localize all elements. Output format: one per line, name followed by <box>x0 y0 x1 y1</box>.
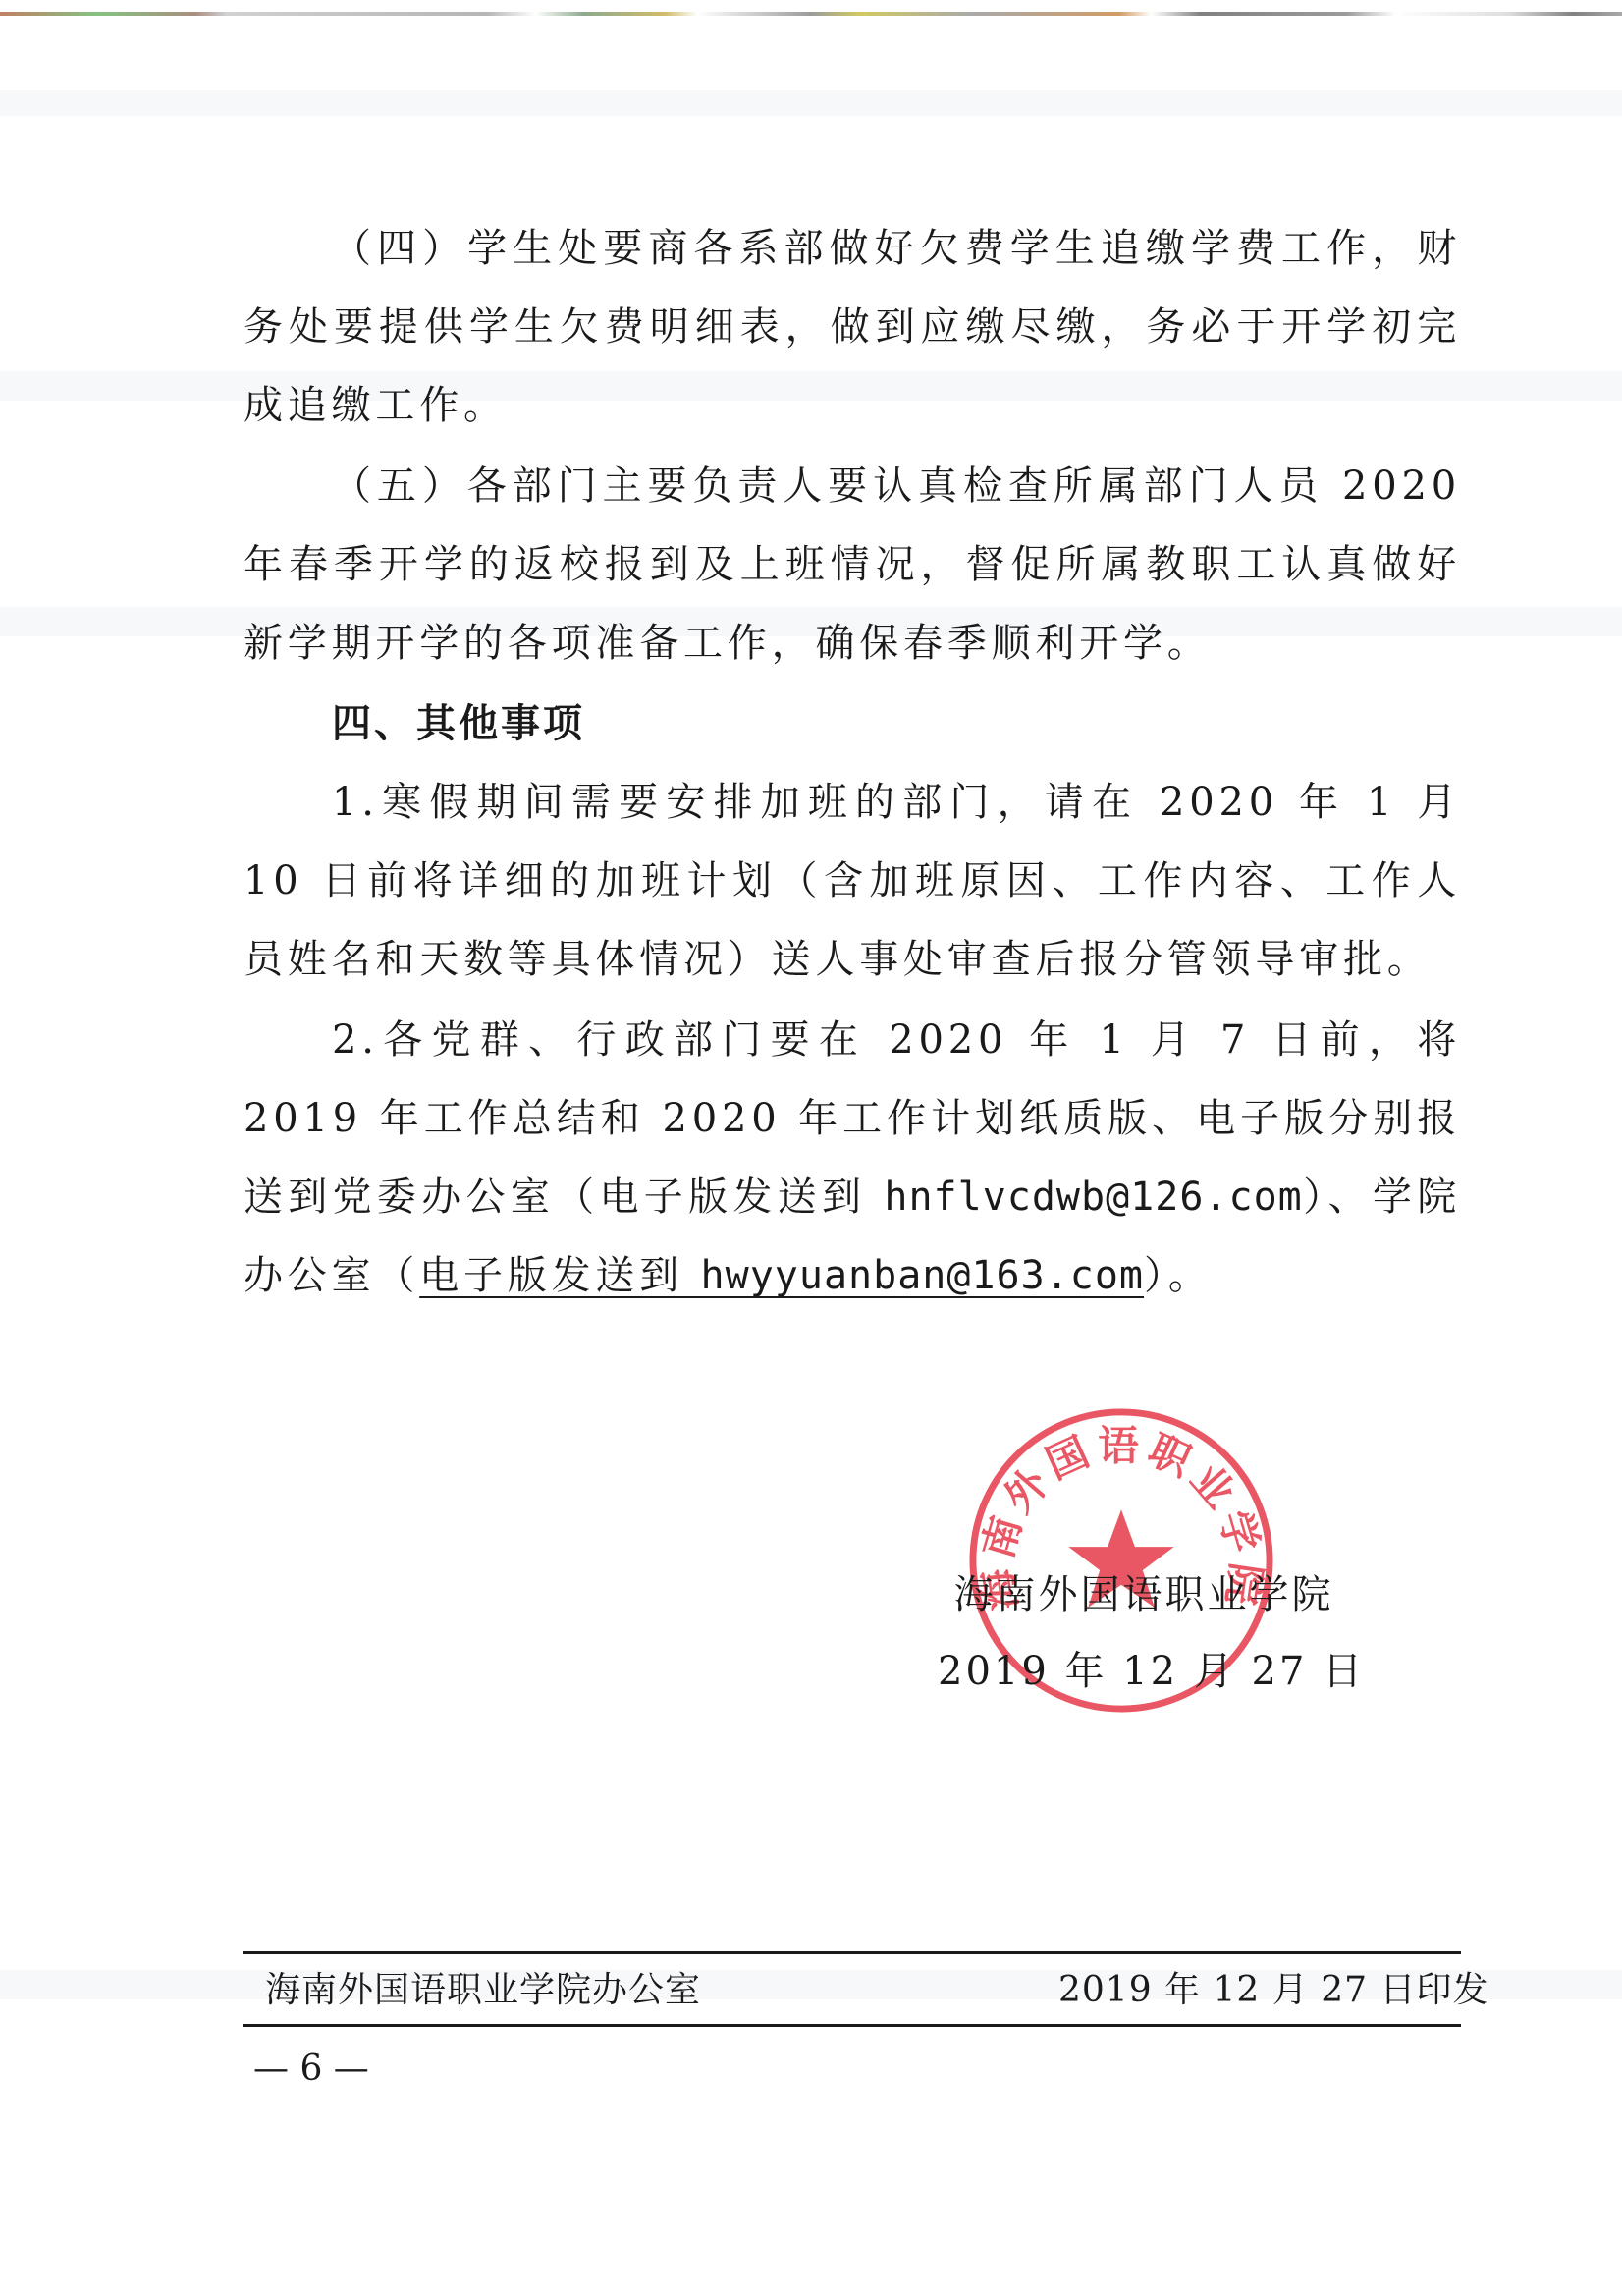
signature-block: 海南外国语职业学院 2019 年 12 月 27 日 <box>938 1557 1350 1710</box>
paragraph-item-five: （五）各部门主要负责人要认真检查所属部门人员 2020 年春季开学的返校报到及上… <box>243 447 1461 683</box>
paragraph-item-four: （四）学生处要商各系部做好欠费学生追缴学费工作，财务处要提供学生欠费明细表，做到… <box>243 209 1461 445</box>
point-two-closing: ）。 <box>1144 1253 1213 1298</box>
underlined-prefix: 电子版发送到 <box>419 1253 700 1298</box>
signature-date: 2019 年 12 月 27 日 <box>938 1633 1350 1710</box>
email-party-office[interactable]: hnflvcdwb@126.com <box>884 1175 1302 1220</box>
footer-top-rule <box>243 1951 1461 1954</box>
paragraph-point-two: 2.各党群、行政部门要在 2020 年 1 月 7 日前，将 2019 年工作总… <box>243 1001 1461 1315</box>
signature-organization: 海南外国语职业学院 <box>938 1557 1350 1633</box>
footer-issuer: 海南外国语职业学院办公室 <box>265 1966 701 2015</box>
footer-issue-date: 2019 年 12 月 27 日印发 <box>1058 1966 1488 2015</box>
scan-edge-artifact <box>0 12 1622 16</box>
page-number: — 6 — <box>253 2045 369 2094</box>
section-heading-other-matters: 四、其他事项 <box>332 684 585 763</box>
footer-bottom-rule <box>243 2024 1461 2027</box>
paragraph-point-one: 1.寒假期间需要安排加班的部门，请在 2020 年 1 月 10 日前将详细的加… <box>243 763 1461 999</box>
email-college-office[interactable]: hwyyuanban@163.com <box>701 1253 1144 1298</box>
scan-band <box>0 90 1622 116</box>
